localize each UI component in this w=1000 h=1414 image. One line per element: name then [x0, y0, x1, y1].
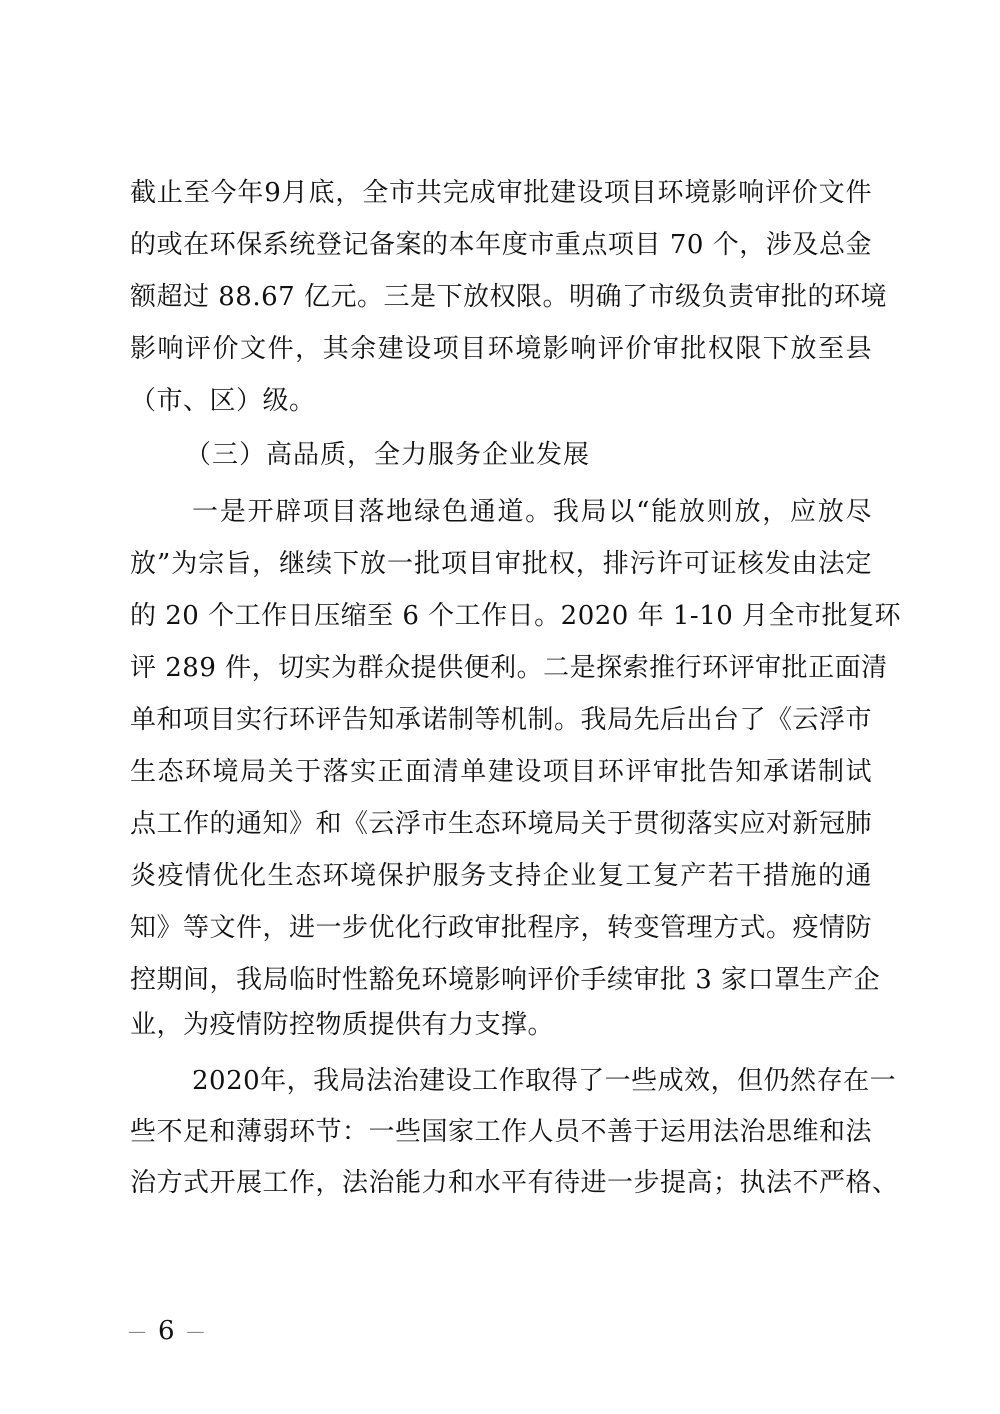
paragraph-1-line-2: 的或在环保系统登记备案的本年度市重点项目 70 个，涉及总金: [130, 228, 872, 262]
paragraph-2-line-11: 业，为疫情防控物质提供有力支撑。: [130, 1008, 872, 1042]
paragraph-1-line-3: 额超过 88.67 亿元。三是下放权限。明确了市级负责审批的环境: [130, 280, 872, 314]
section-heading: （三）高品质，全力服务企业发展: [185, 438, 605, 472]
paragraph-1-line-5: （市、区）级。: [130, 384, 872, 418]
paragraph-2-line-10: 控期间，我局临时性豁免环境影响评价手续审批 3 家口罩生产企: [130, 963, 872, 997]
document-page: 截止至今年9月底，全市共完成审批建设项目环境影响评价文件 的或在环保系统登记备案…: [0, 0, 1000, 1414]
paragraph-2-line-4: 评 289 件，切实为群众提供便利。二是探索推行环评审批正面清: [130, 651, 872, 685]
paragraph-2-line-6: 生态环境局关于落实正面清单建设项目环评审批告知承诺制试: [130, 755, 872, 789]
paragraph-2-line-8: 炎疫情优化生态环境保护服务支持企业复工复产若干措施的通: [130, 859, 872, 893]
paragraph-2-line-9: 知》等文件，进一步优化行政审批程序，转变管理方式。疫情防: [130, 911, 872, 945]
paragraph-2-line-2: 放”为宗旨，继续下放一批项目审批权，排污许可证核发由法定: [130, 547, 872, 581]
paragraph-3-line-1: 2020年，我局法治建设工作取得了一些成效，但仍然存在一: [192, 1064, 872, 1098]
page-number-value: 6: [158, 1316, 175, 1346]
paragraph-1-line-1: 截止至今年9月底，全市共完成审批建设项目环境影响评价文件: [130, 176, 872, 210]
paragraph-3-line-2: 些不足和薄弱环节：一些国家工作人员不善于运用法治思维和法: [130, 1115, 872, 1149]
page-number-dash-left: —: [128, 1321, 146, 1342]
paragraph-2-line-3: 的 20 个工作日压缩至 6 个工作日。2020 年 1-10 月全市批复环: [130, 599, 872, 633]
paragraph-2-line-7: 点工作的通知》和《云浮市生态环境局关于贯彻落实应对新冠肺: [130, 807, 872, 841]
page-number-dash-right: —: [187, 1321, 205, 1342]
paragraph-1-line-4: 影响评价文件，其余建设项目环境影响评价审批权限下放至县: [130, 332, 872, 366]
page-number: —6—: [128, 1314, 205, 1349]
paragraph-2-line-5: 单和项目实行环评告知承诺制等机制。我局先后出台了《云浮市: [130, 703, 872, 737]
paragraph-3-line-3: 治方式开展工作，法治能力和水平有待进一步提高；执法不严格、: [130, 1166, 872, 1200]
paragraph-2-line-1: 一是开辟项目落地绿色通道。我局以“能放则放，应放尽: [192, 495, 872, 529]
